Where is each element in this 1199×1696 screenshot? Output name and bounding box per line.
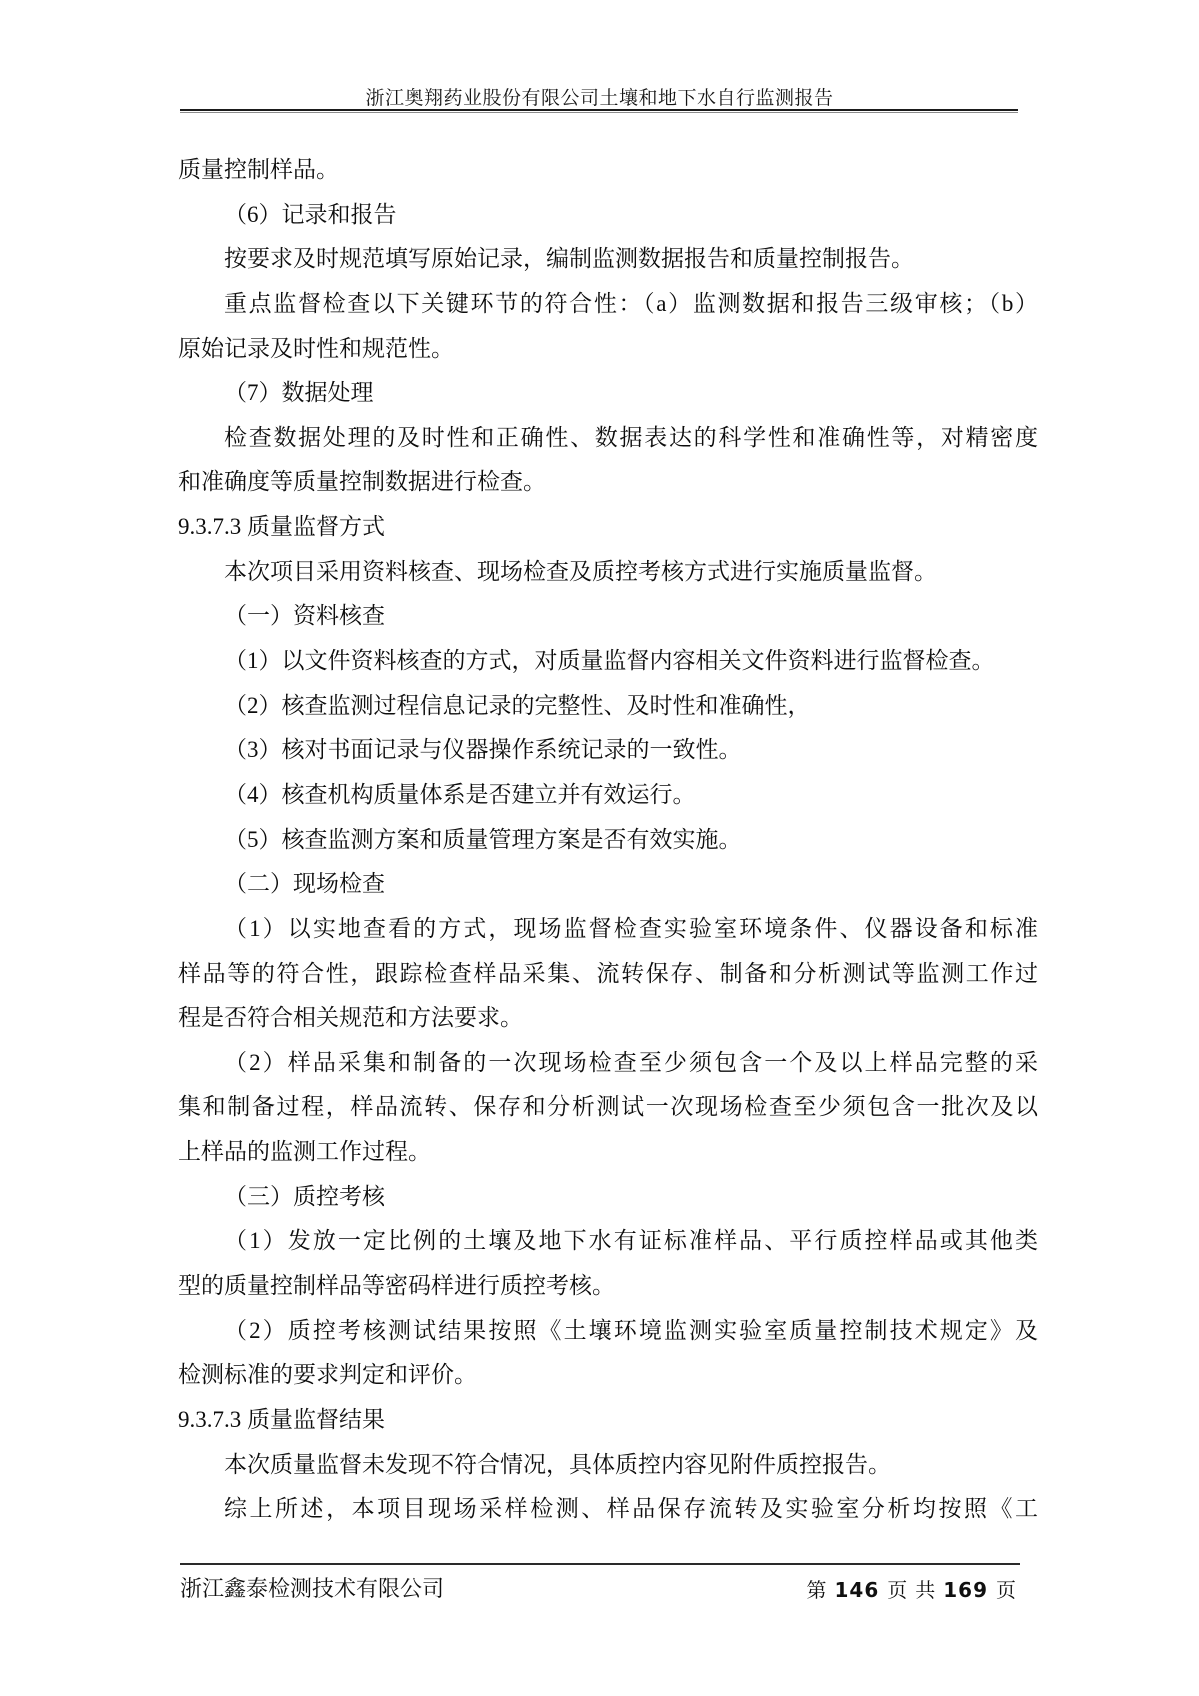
text-line: 按要求及时规范填写原始记录，编制监测数据报告和质量控制报告。	[178, 237, 1038, 282]
document-body: 质量控制样品。（6）记录和报告按要求及时规范填写原始记录，编制监测数据报告和质量…	[178, 148, 1038, 1532]
text-line: 上样品的监测工作过程。	[178, 1130, 1038, 1175]
text-line: 重点监督检查以下关键环节的符合性：（a）监测数据和报告三级审核；（b）	[178, 282, 1038, 327]
text-line: 检查数据处理的及时性和正确性、数据表达的科学性和准确性等，对精密度	[178, 416, 1038, 461]
footer-page-word: 页	[887, 1580, 907, 1602]
text-line: 综上所述，本项目现场采样检测、样品保存流转及实验室分析均按照《工	[178, 1487, 1038, 1532]
text-line: 本次项目采用资料核查、现场检查及质控考核方式进行实施质量监督。	[178, 550, 1038, 595]
text-line: （4）核查机构质量体系是否建立并有效运行。	[178, 773, 1038, 818]
text-line: 9.3.7.3 质量监督结果	[178, 1398, 1038, 1443]
footer-page-suffix: 页	[996, 1580, 1016, 1602]
text-line: 程是否符合相关规范和方法要求。	[178, 996, 1038, 1041]
text-line: （2）样品采集和制备的一次现场检查至少须包含一个及以上样品完整的采	[178, 1041, 1038, 1086]
text-line: 集和制备过程，样品流转、保存和分析测试一次现场检查至少须包含一批次及以	[178, 1085, 1038, 1130]
footer-divider	[180, 1563, 1020, 1565]
document-page: 浙江奥翔药业股份有限公司土壤和地下水自行监测报告 质量控制样品。（6）记录和报告…	[0, 0, 1199, 1696]
footer-current-page: 146	[835, 1578, 880, 1602]
header-divider	[180, 109, 1018, 113]
text-line: 样品等的符合性，跟踪检查样品采集、流转保存、制备和分析测试等监测工作过	[178, 952, 1038, 997]
text-line: （一）资料核查	[178, 594, 1038, 639]
text-line: 9.3.7.3 质量监督方式	[178, 505, 1038, 550]
text-line: （3）核对书面记录与仪器操作系统记录的一致性。	[178, 728, 1038, 773]
text-line: 和准确度等质量控制数据进行检查。	[178, 460, 1038, 505]
page-header-title: 浙江奥翔药业股份有限公司土壤和地下水自行监测报告	[0, 83, 1199, 110]
text-line: （6）记录和报告	[178, 193, 1038, 238]
text-line: （1）发放一定比例的土壤及地下水有证标准样品、平行质控样品或其他类	[178, 1219, 1038, 1264]
text-line: （2）质控考核测试结果按照《土壤环境监测实验室质量控制技术规定》及	[178, 1309, 1038, 1354]
footer-total-pages: 169	[943, 1578, 988, 1602]
footer-total-word: 共	[915, 1580, 935, 1602]
text-line: （三）质控考核	[178, 1175, 1038, 1220]
text-line: 本次质量监督未发现不符合情况，具体质控内容见附件质控报告。	[178, 1443, 1038, 1488]
text-line: 质量控制样品。	[178, 148, 1038, 193]
text-line: （1）以文件资料核查的方式，对质量监督内容相关文件资料进行监督检查。	[178, 639, 1038, 684]
text-line: 原始记录及时性和规范性。	[178, 327, 1038, 372]
text-line: （1）以实地查看的方式，现场监督检查实验室环境条件、仪器设备和标准	[178, 907, 1038, 952]
text-line: （2）核查监测过程信息记录的完整性、及时性和准确性，	[178, 684, 1038, 729]
text-line: 检测标准的要求判定和评价。	[178, 1353, 1038, 1398]
footer-page-indicator: 第146页共169页	[803, 1574, 1021, 1603]
footer-page-prefix: 第	[807, 1580, 827, 1602]
text-line: （7）数据处理	[178, 371, 1038, 416]
text-line: （5）核查监测方案和质量管理方案是否有效实施。	[178, 818, 1038, 863]
text-line: 型的质量控制样品等密码样进行质控考核。	[178, 1264, 1038, 1309]
text-line: （二）现场检查	[178, 862, 1038, 907]
footer-company-name: 浙江鑫泰检测技术有限公司	[180, 1572, 444, 1603]
